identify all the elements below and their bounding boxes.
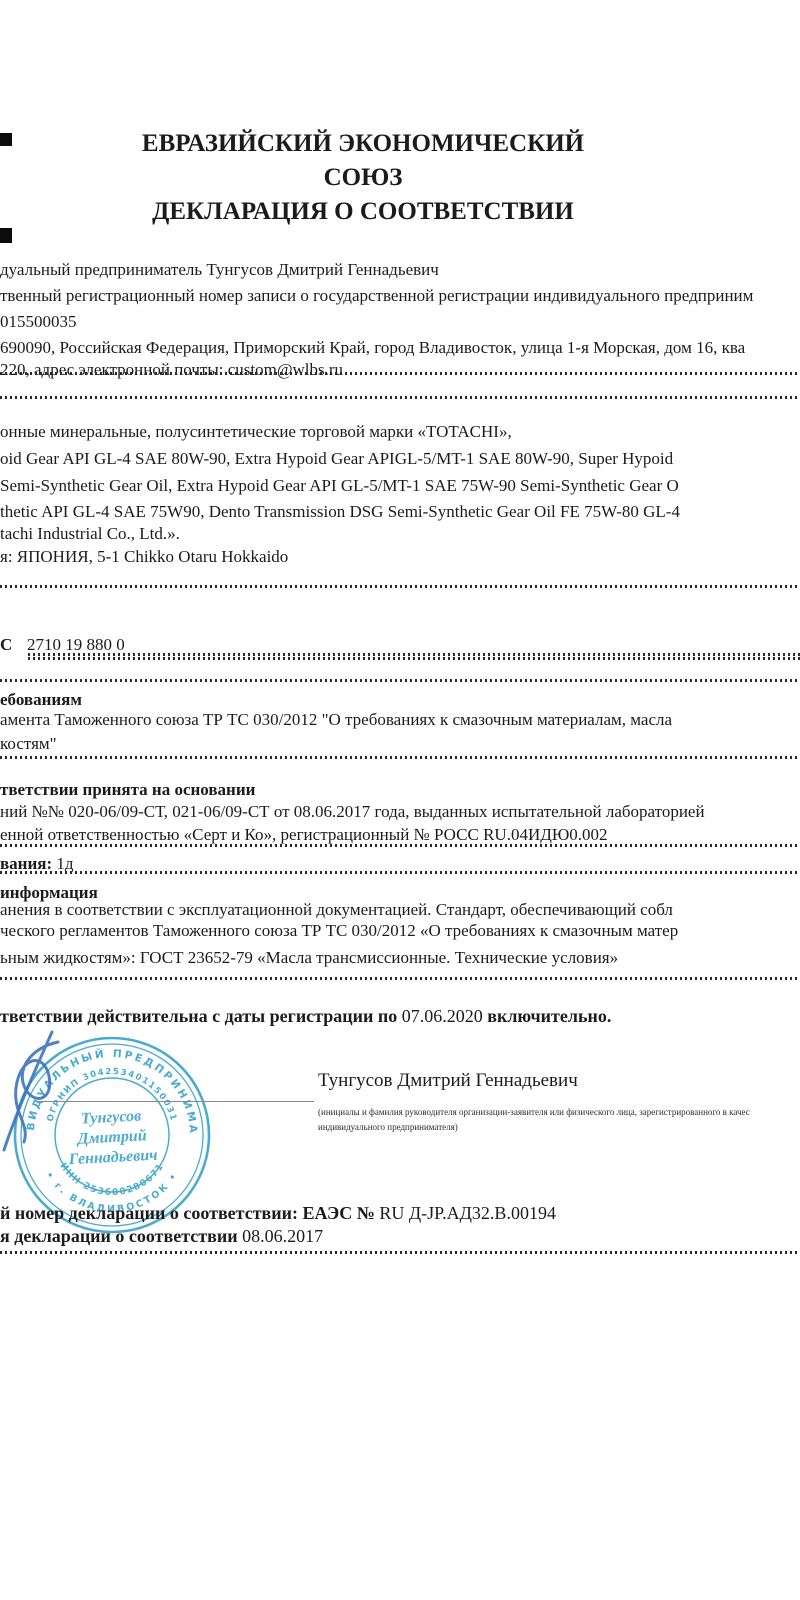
validity-line: тветствии действительна с даты регистрац… — [0, 1006, 611, 1027]
basis-line: енной ответственностью «Серт и Ко», реги… — [0, 825, 608, 845]
product-line: я: ЯПОНИЯ, 5-1 Chikko Otaru Hokkaido — [0, 547, 288, 567]
registration-date-label: я декларации о соответствии — [0, 1226, 242, 1246]
separator — [0, 372, 800, 375]
registration-date-line: я декларации о соответствии 08.06.2017 — [0, 1226, 323, 1247]
requirements-line: костям" — [0, 734, 57, 754]
separator — [0, 679, 800, 682]
validity-prefix: тветствии действительна с даты регистрац… — [0, 1006, 402, 1026]
validity-date: 07.06.2020 — [402, 1006, 483, 1026]
separator — [0, 844, 800, 847]
applicant-line: дуальный предприниматель Тунгусов Дмитри… — [0, 260, 439, 280]
additional-line: ьным жидкостям»: ГОСТ 23652-79 «Масла тр… — [0, 948, 618, 968]
scan-artifact-square-bottom — [0, 228, 12, 243]
product-line: thetic API GL-4 SAE 75W90, Dento Transmi… — [0, 502, 680, 522]
registration-number-line: й номер декларации о соответствии: ЕАЭС … — [0, 1203, 556, 1224]
stamp-name-line: Геннадьевич — [67, 1147, 158, 1169]
registration-date-value: 08.06.2017 — [242, 1226, 323, 1246]
applicant-line: твенный регистрационный номер записи о г… — [0, 286, 753, 306]
title-line-2: СОЮЗ — [0, 164, 726, 192]
registration-number-value: RU Д-JP.АД32.В.00194 — [379, 1203, 556, 1223]
requirements-heading: ебованиям — [0, 690, 82, 710]
signature-line — [38, 1101, 314, 1102]
applicant-line: 015500035 — [0, 312, 77, 332]
tnved-code-value: 2710 19 880 0 — [27, 635, 125, 655]
product-line: онные минеральные, полусинтетические тор… — [0, 422, 512, 442]
applicant-line: 220, адрес электронной почты: custom@wlb… — [0, 360, 343, 380]
title-line-1: ЕВРАЗИЙСКИЙ ЭКОНОМИЧЕСКИЙ — [0, 130, 726, 158]
product-line: Semi-Synthetic Gear Oil, Extra Hypoid Ge… — [0, 476, 679, 496]
validity-suffix: включительно. — [483, 1006, 612, 1026]
applicant-line: 690090, Российская Федерация, Приморский… — [0, 338, 745, 358]
declaration-document: ЕВРАЗИЙСКИЙ ЭКОНОМИЧЕСКИЙ СОЮЗ ДЕКЛАРАЦИ… — [0, 0, 800, 1600]
stamp-name-line: Тунгусов — [81, 1107, 142, 1127]
additional-line: ческого регламентов Таможенного союза ТР… — [0, 921, 678, 941]
separator — [0, 756, 800, 759]
separator — [28, 653, 800, 660]
separator — [0, 396, 800, 399]
requirements-line: амента Таможенного союза ТР ТС 030/2012 … — [0, 710, 672, 730]
signature-note-line: (инициалы и фамилия руководителя организ… — [318, 1106, 750, 1119]
registration-number-label: й номер декларации о соответствии: ЕАЭС … — [0, 1203, 379, 1223]
signatory-name: Тунгусов Дмитрий Геннадьевич — [318, 1070, 578, 1092]
signature-note-line: индивидуального предпринимателя) — [318, 1121, 458, 1134]
stamp-name-line: Дмитрий — [75, 1127, 147, 1148]
product-line: tachi Industrial Co., Ltd.». — [0, 524, 180, 544]
basis-line: ний №№ 020-06/09-СТ, 021-06/09-СТ от 08.… — [0, 802, 705, 822]
separator — [0, 871, 800, 874]
additional-line: анения в соответствии с эксплуатационной… — [0, 900, 673, 920]
separator — [0, 1251, 800, 1254]
basis-heading: тветствии принята на основании — [0, 780, 255, 800]
separator — [0, 585, 800, 588]
tnved-code-label: С — [0, 635, 12, 655]
title-line-3: ДЕКЛАРАЦИЯ О СООТВЕТСТВИИ — [0, 198, 726, 226]
product-line: oid Gear API GL-4 SAE 80W-90, Extra Hypo… — [0, 449, 673, 469]
separator — [0, 977, 800, 980]
handwritten-signature — [4, 1032, 58, 1150]
